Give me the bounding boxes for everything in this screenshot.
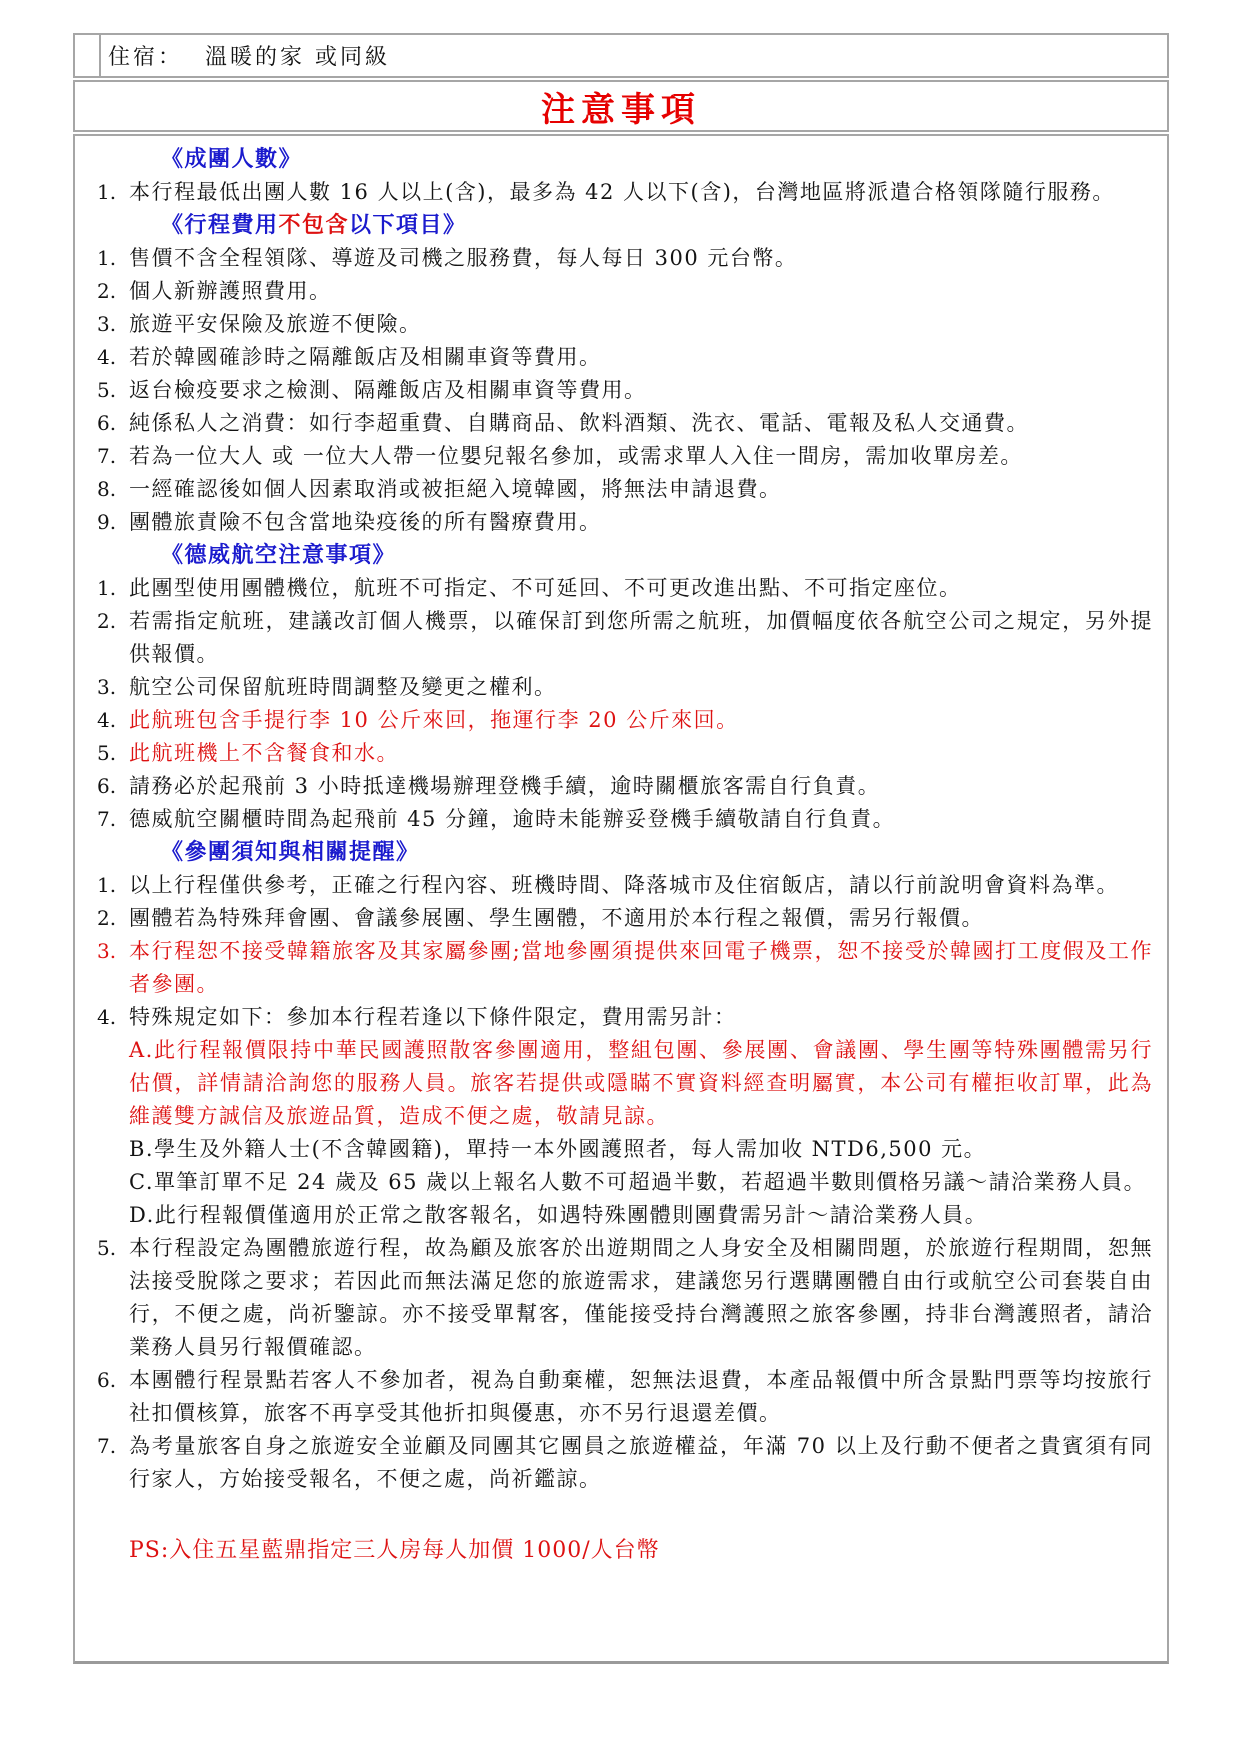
item-text: 團體旅責險不包含當地染疫後的所有醫療費用。 xyxy=(129,506,1153,539)
item-text: 此航班機上不含餐食和水。 xyxy=(129,737,1153,770)
item-text: 此航班包含手提行李 10 公斤來回，拖運行李 20 公斤來回。 xyxy=(129,704,1153,737)
item-number: 2. xyxy=(97,605,129,671)
heading-run: 《參團須知與相關提醒》 xyxy=(161,839,420,865)
item-main-text: 售價不含全程領隊、導遊及司機之服務費，每人每日 300 元台幣。 xyxy=(129,242,1153,275)
item-text: 本行程最低出團人數 16 人以上(含)，最多為 42 人以下(含)，台灣地區將派… xyxy=(129,176,1153,209)
list-item: 4.若於韓國確診時之隔離飯店及相關車資等費用。 xyxy=(75,341,1153,374)
list-item: 6.純係私人之消費：如行李超重費、自購商品、飲料酒類、洗衣、電話、電報及私人交通… xyxy=(75,407,1153,440)
list-item: 4.此航班包含手提行李 10 公斤來回，拖運行李 20 公斤來回。 xyxy=(75,704,1153,737)
item-main-text: 若需指定航班，建議改訂個人機票，以確保訂到您所需之航班，加價幅度依各航空公司之規… xyxy=(129,605,1153,671)
sub-item: B.學生及外籍人士(不含韓國籍)，單持一本外國護照者，每人需加收 NTD6,50… xyxy=(129,1133,1153,1166)
item-text: 旅遊平安保險及旅遊不便險。 xyxy=(129,308,1153,341)
item-main-text: 特殊規定如下：參加本行程若逢以下條件限定，費用需另計： xyxy=(129,1001,1153,1034)
list-item: 1.此團型使用團體機位，航班不可指定、不可延回、不可更改進出點、不可指定座位。 xyxy=(75,572,1153,605)
item-text: 本行程設定為團體旅遊行程，故為顧及旅客於出遊期間之人身安全及相關問題，於旅遊行程… xyxy=(129,1232,1153,1364)
item-main-text: 本行程設定為團體旅遊行程，故為顧及旅客於出遊期間之人身安全及相關問題，於旅遊行程… xyxy=(129,1232,1153,1364)
item-text: 若需指定航班，建議改訂個人機票，以確保訂到您所需之航班，加價幅度依各航空公司之規… xyxy=(129,605,1153,671)
list-item: 4.特殊規定如下：參加本行程若逢以下條件限定，費用需另計：A.此行程報價限持中華… xyxy=(75,1001,1153,1232)
list-item: 7.德威航空關櫃時間為起飛前 45 分鐘，逾時未能辦妥登機手續敬請自行負責。 xyxy=(75,803,1153,836)
item-main-text: 本行程最低出團人數 16 人以上(含)，最多為 42 人以下(含)，台灣地區將派… xyxy=(129,176,1153,209)
item-number: 7. xyxy=(97,440,129,473)
item-number: 4. xyxy=(97,1001,129,1232)
item-number: 6. xyxy=(97,1364,129,1430)
item-text: 本團體行程景點若客人不參加者，視為自動棄權，恕無法退費，本產品報價中所含景點門票… xyxy=(129,1364,1153,1430)
item-text: 以上行程僅供參考，正確之行程內容、班機時間、降落城市及住宿飯店，請以行前說明會資… xyxy=(129,869,1153,902)
heading-run: 以下項目》 xyxy=(349,212,467,238)
item-number: 3. xyxy=(97,671,129,704)
item-text: 返台檢疫要求之檢測、隔離飯店及相關車資等費用。 xyxy=(129,374,1153,407)
list-item: 2.若需指定航班，建議改訂個人機票，以確保訂到您所需之航班，加價幅度依各航空公司… xyxy=(75,605,1153,671)
item-main-text: 一經確認後如個人因素取消或被拒絕入境韓國，將無法申請退費。 xyxy=(129,473,1153,506)
item-text: 若為一位大人 或 一位大人帶一位嬰兒報名參加，或需求單人入住一間房，需加收單房差… xyxy=(129,440,1153,473)
item-main-text: 此團型使用團體機位，航班不可指定、不可延回、不可更改進出點、不可指定座位。 xyxy=(129,572,1153,605)
item-number: 5. xyxy=(97,1232,129,1364)
item-text: 團體若為特殊拜會團、會議參展團、學生團體，不適用於本行程之報價，需另行報價。 xyxy=(129,902,1153,935)
section-heading: 《德威航空注意事項》 xyxy=(161,539,1153,572)
item-number: 7. xyxy=(97,1430,129,1496)
list-item: 1.本行程最低出團人數 16 人以上(含)，最多為 42 人以下(含)，台灣地區… xyxy=(75,176,1153,209)
heading-run: 《成團人數》 xyxy=(161,146,302,172)
item-number: 1. xyxy=(97,572,129,605)
sub-item: C.單筆訂單不足 24 歲及 65 歲以上報名人數不可超過半數，若超過半數則價格… xyxy=(129,1166,1153,1199)
accommodation-label: 住宿： xyxy=(108,40,183,71)
accommodation-cell: 住宿： 溫暖的家 或同級 xyxy=(101,35,1167,76)
item-main-text: 純係私人之消費：如行李超重費、自購商品、飲料酒類、洗衣、電話、電報及私人交通費。 xyxy=(129,407,1153,440)
item-main-text: 請務必於起飛前 3 小時抵達機場辦理登機手續，逾時關櫃旅客需自行負責。 xyxy=(129,770,1153,803)
item-text: 若於韓國確診時之隔離飯店及相關車資等費用。 xyxy=(129,341,1153,374)
item-number: 7. xyxy=(97,803,129,836)
item-number: 9. xyxy=(97,506,129,539)
item-text: 售價不含全程領隊、導遊及司機之服務費，每人每日 300 元台幣。 xyxy=(129,242,1153,275)
list-item: 7.為考量旅客自身之旅遊安全並顧及同團其它團員之旅遊權益，年滿 70 以上及行動… xyxy=(75,1430,1153,1496)
item-text: 純係私人之消費：如行李超重費、自購商品、飲料酒類、洗衣、電話、電報及私人交通費。 xyxy=(129,407,1153,440)
item-number: 5. xyxy=(97,737,129,770)
document: 住宿： 溫暖的家 或同級 注意事項 《成團人數》1.本行程最低出團人數 16 人… xyxy=(73,33,1169,1664)
item-main-text: 此航班機上不含餐食和水。 xyxy=(129,737,1153,770)
section-heading: 《參團須知與相關提醒》 xyxy=(161,836,1153,869)
item-text: 德威航空關櫃時間為起飛前 45 分鐘，逾時未能辦妥登機手續敬請自行負責。 xyxy=(129,803,1153,836)
list-item: 3.旅遊平安保險及旅遊不便險。 xyxy=(75,308,1153,341)
heading-run: 《德威航空注意事項》 xyxy=(161,542,396,568)
item-text: 航空公司保留航班時間調整及變更之權利。 xyxy=(129,671,1153,704)
list-item: 8.一經確認後如個人因素取消或被拒絕入境韓國，將無法申請退費。 xyxy=(75,473,1153,506)
item-number: 6. xyxy=(97,770,129,803)
item-text: 請務必於起飛前 3 小時抵達機場辦理登機手續，逾時關櫃旅客需自行負責。 xyxy=(129,770,1153,803)
item-number: 4. xyxy=(97,704,129,737)
list-item: 6.本團體行程景點若客人不參加者，視為自動棄權，恕無法退費，本產品報價中所含景點… xyxy=(75,1364,1153,1430)
list-item: 5.本行程設定為團體旅遊行程，故為顧及旅客於出遊期間之人身安全及相關問題，於旅遊… xyxy=(75,1232,1153,1364)
item-main-text: 團體若為特殊拜會團、會議參展團、學生團體，不適用於本行程之報價，需另行報價。 xyxy=(129,902,1153,935)
item-main-text: 航空公司保留航班時間調整及變更之權利。 xyxy=(129,671,1153,704)
list-item: 9.團體旅責險不包含當地染疫後的所有醫療費用。 xyxy=(75,506,1153,539)
accommodation-spacer-cell xyxy=(75,35,101,76)
item-number: 5. xyxy=(97,374,129,407)
list-item: 3.航空公司保留航班時間調整及變更之權利。 xyxy=(75,671,1153,704)
list-item: 3.本行程恕不接受韓籍旅客及其家屬參團;當地參團須提供來回電子機票，恕不接受於韓… xyxy=(75,935,1153,1001)
list-item: 1.售價不含全程領隊、導遊及司機之服務費，每人每日 300 元台幣。 xyxy=(75,242,1153,275)
item-text: 個人新辦護照費用。 xyxy=(129,275,1153,308)
list-item: 5.返台檢疫要求之檢測、隔離飯店及相關車資等費用。 xyxy=(75,374,1153,407)
ps-note: PS:入住五星藍鼎指定三人房每人加價 1000/人台幣 xyxy=(129,1534,1153,1567)
item-text: 為考量旅客自身之旅遊安全並顧及同團其它團員之旅遊權益，年滿 70 以上及行動不便… xyxy=(129,1430,1153,1496)
item-text: 一經確認後如個人因素取消或被拒絕入境韓國，將無法申請退費。 xyxy=(129,473,1153,506)
item-main-text: 個人新辦護照費用。 xyxy=(129,275,1153,308)
list-item: 2.團體若為特殊拜會團、會議參展團、學生團體，不適用於本行程之報價，需另行報價。 xyxy=(75,902,1153,935)
item-main-text: 為考量旅客自身之旅遊安全並顧及同團其它團員之旅遊權益，年滿 70 以上及行動不便… xyxy=(129,1430,1153,1496)
item-number: 2. xyxy=(97,902,129,935)
item-text: 特殊規定如下：參加本行程若逢以下條件限定，費用需另計：A.此行程報價限持中華民國… xyxy=(129,1001,1153,1232)
item-main-text: 本團體行程景點若客人不參加者，視為自動棄權，恕無法退費，本產品報價中所含景點門票… xyxy=(129,1364,1153,1430)
item-text: 此團型使用團體機位，航班不可指定、不可延回、不可更改進出點、不可指定座位。 xyxy=(129,572,1153,605)
item-number: 1. xyxy=(97,176,129,209)
item-main-text: 以上行程僅供參考，正確之行程內容、班機時間、降落城市及住宿飯店，請以行前說明會資… xyxy=(129,869,1153,902)
item-main-text: 若為一位大人 或 一位大人帶一位嬰兒報名參加，或需求單人入住一間房，需加收單房差… xyxy=(129,440,1153,473)
list-item: 5.此航班機上不含餐食和水。 xyxy=(75,737,1153,770)
title-row: 注意事項 xyxy=(73,80,1169,132)
page-title: 注意事項 xyxy=(541,82,701,131)
list-item: 2.個人新辦護照費用。 xyxy=(75,275,1153,308)
accommodation-row: 住宿： 溫暖的家 或同級 xyxy=(73,33,1169,78)
item-text: 本行程恕不接受韓籍旅客及其家屬參團;當地參團須提供來回電子機票，恕不接受於韓國打… xyxy=(129,935,1153,1001)
item-main-text: 本行程恕不接受韓籍旅客及其家屬參團;當地參團須提供來回電子機票，恕不接受於韓國打… xyxy=(129,935,1153,1001)
heading-run: 不包含 xyxy=(279,212,350,238)
accommodation-value: 溫暖的家 或同級 xyxy=(205,40,390,71)
item-number: 3. xyxy=(97,308,129,341)
section-heading: 《行程費用不包含以下項目》 xyxy=(161,209,1153,242)
item-number: 4. xyxy=(97,341,129,374)
item-number: 3. xyxy=(97,935,129,1001)
item-number: 6. xyxy=(97,407,129,440)
item-main-text: 德威航空關櫃時間為起飛前 45 分鐘，逾時未能辦妥登機手續敬請自行負責。 xyxy=(129,803,1153,836)
sub-item: A.此行程報價限持中華民國護照散客參團適用，整組包團、參展團、會議團、學生團等特… xyxy=(129,1034,1153,1133)
item-main-text: 此航班包含手提行李 10 公斤來回，拖運行李 20 公斤來回。 xyxy=(129,704,1153,737)
item-number: 1. xyxy=(97,242,129,275)
item-number: 8. xyxy=(97,473,129,506)
list-item: 7.若為一位大人 或 一位大人帶一位嬰兒報名參加，或需求單人入住一間房，需加收單… xyxy=(75,440,1153,473)
section-heading: 《成團人數》 xyxy=(161,143,1153,176)
list-item: 6.請務必於起飛前 3 小時抵達機場辦理登機手續，逾時關櫃旅客需自行負責。 xyxy=(75,770,1153,803)
item-main-text: 旅遊平安保險及旅遊不便險。 xyxy=(129,308,1153,341)
item-main-text: 若於韓國確診時之隔離飯店及相關車資等費用。 xyxy=(129,341,1153,374)
sub-item: D.此行程報價僅適用於正常之散客報名，如遇特殊團體則團費需另計～請洽業務人員。 xyxy=(129,1199,1153,1232)
notes-body: 《成團人數》1.本行程最低出團人數 16 人以上(含)，最多為 42 人以下(含… xyxy=(73,134,1169,1664)
item-main-text: 團體旅責險不包含當地染疫後的所有醫療費用。 xyxy=(129,506,1153,539)
heading-run: 《行程費用 xyxy=(161,212,279,238)
item-number: 1. xyxy=(97,869,129,902)
item-number: 2. xyxy=(97,275,129,308)
list-item: 1.以上行程僅供參考，正確之行程內容、班機時間、降落城市及住宿飯店，請以行前說明… xyxy=(75,869,1153,902)
item-main-text: 返台檢疫要求之檢測、隔離飯店及相關車資等費用。 xyxy=(129,374,1153,407)
